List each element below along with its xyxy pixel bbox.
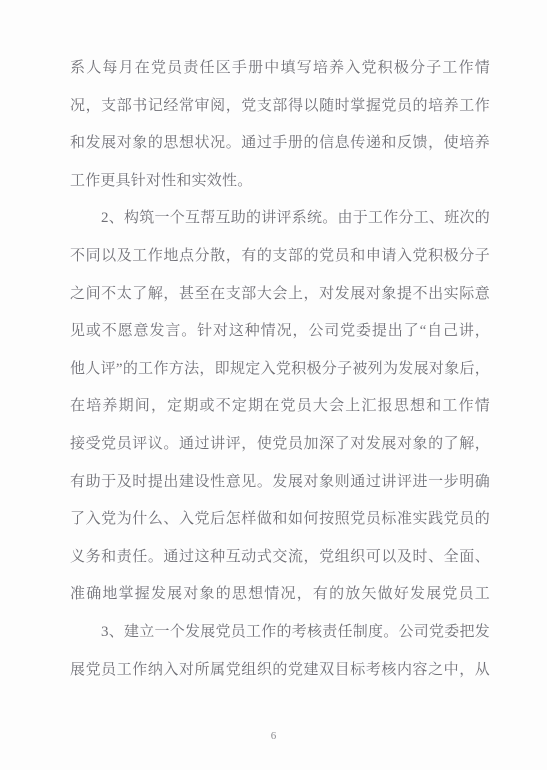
text-line: 3、建立一个发展党员工作的考核责任制度。公司党委把发 xyxy=(70,614,490,652)
text-line: 有助于及时提出建设性意见。发展对象则通过讲评进一步明确 xyxy=(70,464,490,502)
text-line: 和发展对象的思想状况。通过手册的信息传递和反馈，使培养 xyxy=(70,125,490,163)
text-line: 了入党为什么、入党后怎样做和如何按照党员标准实践党员的 xyxy=(70,501,490,539)
document-page: 系人每月在党员责任区手册中填写培养入党积极分子工作情 况，支部书记经常审阅，党支… xyxy=(0,0,547,770)
text-line: 不同以及工作地点分散，有的支部的党员和申请入党积极分子 xyxy=(70,238,490,276)
document-body: 系人每月在党员责任区手册中填写培养入党积极分子工作情 况，支部书记经常审阅，党支… xyxy=(70,50,490,689)
text-line: 见或不愿意发言。针对这种情况，公司党委提出了“自己讲， xyxy=(70,313,490,351)
text-line: 在培养期间，定期或不定期在党员大会上汇报思想和工作情况， xyxy=(70,388,490,426)
text-line: 2、构筑一个互帮互助的讲评系统。由于工作分工、班次的 xyxy=(70,200,490,238)
text-line: 系人每月在党员责任区手册中填写培养入党积极分子工作情 xyxy=(70,50,490,88)
text-line: 接受党员评议。通过讲评，使党员加深了对发展对象的了解， xyxy=(70,426,490,464)
text-line: 工作更具针对性和实效性。 xyxy=(70,163,490,201)
text-line: 他人评”的工作方法，即规定入党积极分子被列为发展对象后， xyxy=(70,351,490,389)
text-line: 况，支部书记经常审阅，党支部得以随时掌握党员的培养工作 xyxy=(70,88,490,126)
text-line: 义务和责任。通过这种互动式交流，党组织可以及时、全面、 xyxy=(70,539,490,577)
text-line: 之间不太了解，甚至在支部大会上，对发展对象提不出实际意 xyxy=(70,276,490,314)
page-number: 6 xyxy=(0,730,547,742)
text-line: 准确地掌握发展对象的思想情况，有的放矢做好发展党员工作。 xyxy=(70,576,490,614)
text-line: 展党员工作纳入对所属党组织的党建双目标考核内容之中，从 xyxy=(70,652,490,690)
